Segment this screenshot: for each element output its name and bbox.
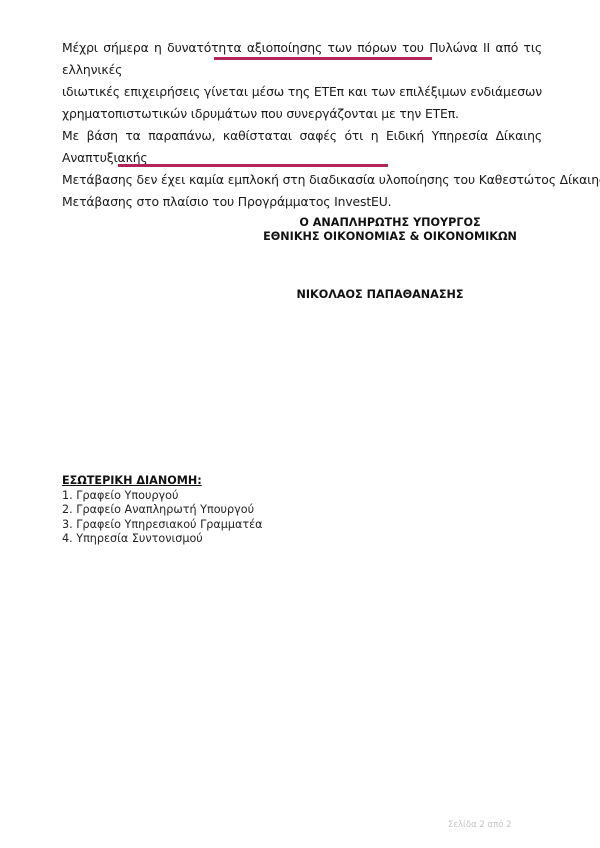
paragraph-line: Με βάση τα παραπάνω, καθίσταται σαφές ότ… bbox=[62, 125, 542, 169]
highlight-underline bbox=[118, 164, 388, 167]
signatory-name: ΝΙΚΟΛΑΟΣ ΠΑΠΑΘΑΝΑΣΗΣ bbox=[80, 288, 600, 302]
distribution-list: 1. Γραφείο Υπουργού 2. Γραφείο Αναπληρωτ… bbox=[62, 489, 263, 547]
page-number-footer: Σελίδα 2 από 2 bbox=[448, 820, 512, 830]
distribution-heading: ΕΣΩΤΕΡΙΚΗ ΔΙΑΝΟΜΗ: bbox=[62, 474, 263, 489]
paragraph-jtdp-conclusion: Με βάση τα παραπάνω, καθίσταται σαφές ότ… bbox=[62, 125, 542, 213]
paragraph-line: ιδιωτικές επιχειρήσεις γίνεται μέσω της … bbox=[62, 81, 542, 103]
signatory-title-line1: Ο ΑΝΑΠΛΗΡΩΤΗΣ ΥΠΟΥΡΓΟΣ bbox=[90, 216, 600, 230]
signatory-title-line2: ΕΘΝΙΚΗΣ ΟΙΚΟΝΟΜΙΑΣ & ΟΙΚΟΝΟΜΙΚΩΝ bbox=[90, 230, 600, 244]
text-segment: Μετάβασης bbox=[62, 172, 137, 187]
distribution-item: 3. Γραφείο Υπηρεσιακού Γραμματέα bbox=[62, 518, 263, 533]
highlight-underline bbox=[214, 57, 432, 60]
document-page: Μέχρι σήμερα η δυνατότητα αξιοποίησης τω… bbox=[0, 0, 600, 848]
paragraph-line: Μετάβασης στο πλαίσιο του Προγράμματος I… bbox=[62, 191, 542, 213]
distribution-item: 1. Γραφείο Υπουργού bbox=[62, 489, 263, 504]
distribution-item: 4. Υπηρεσία Συντονισμού bbox=[62, 532, 263, 547]
text-segment: του Καθεστώτος Δίκαιης bbox=[449, 172, 600, 187]
internal-distribution: ΕΣΩΤΕΡΙΚΗ ΔΙΑΝΟΜΗ: 1. Γραφείο Υπουργού 2… bbox=[62, 474, 263, 547]
highlighted-phrase: δεν έχει καμία εμπλοκή στη διαδικασία υλ… bbox=[137, 172, 450, 187]
highlighted-phrase: αξιοποίησης των πόρων του Πυλώνα ΙΙ bbox=[247, 40, 490, 55]
paragraph-line: χρηματοπιστωτικών ιδρυμάτων που συνεργάζ… bbox=[62, 103, 542, 125]
signatory-title: Ο ΑΝΑΠΛΗΡΩΤΗΣ ΥΠΟΥΡΓΟΣ ΕΘΝΙΚΗΣ ΟΙΚΟΝΟΜΙΑ… bbox=[90, 216, 600, 244]
text-segment: Μέχρι σήμερα η δυνατότητα bbox=[62, 40, 247, 55]
distribution-item: 2. Γραφείο Αναπληρωτή Υπουργού bbox=[62, 503, 263, 518]
paragraph-pillar-ii: Μέχρι σήμερα η δυνατότητα αξιοποίησης τω… bbox=[62, 37, 542, 125]
paragraph-line: Μετάβασης δεν έχει καμία εμπλοκή στη δια… bbox=[62, 169, 542, 191]
